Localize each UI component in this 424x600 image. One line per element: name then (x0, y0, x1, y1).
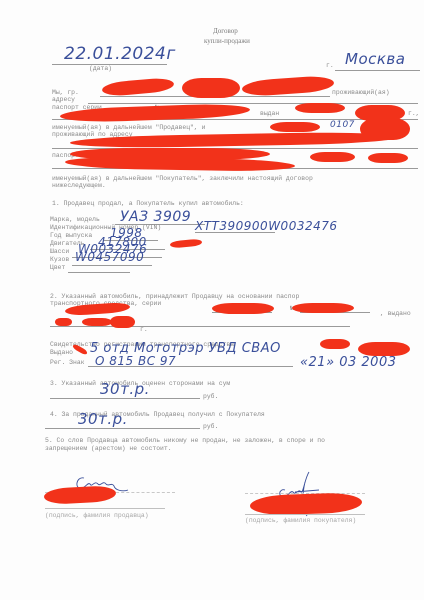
redaction (310, 152, 355, 162)
rule (72, 265, 152, 266)
rule (68, 272, 130, 273)
section2-line1: 2. Указанный автомобиль, принадлежит Про… (50, 293, 299, 300)
field-label-color: Цвет (50, 264, 65, 271)
parties-line7: именуемый(ая) в дальнейшем "Покупатель",… (52, 175, 313, 182)
rule (88, 103, 418, 104)
doc-subtitle: купли-продажи (204, 38, 250, 45)
rule (50, 398, 200, 399)
redaction (102, 77, 175, 97)
field-label-model: Марка, модель (50, 216, 100, 223)
redaction (170, 239, 202, 249)
parties-line3-end: г., (408, 110, 420, 117)
field-label-chassis: Шасси (50, 248, 69, 255)
rule (45, 428, 200, 429)
rule (195, 232, 275, 233)
seller-caption: (подпись, фамилия продавца) (45, 512, 149, 519)
section1-heading: 1. Продавец продал, а Покупатель купил а… (52, 200, 244, 207)
city-value: Москва (345, 50, 405, 68)
section3-amount: 30т.р. (100, 380, 150, 398)
contract-page: Договор купли-продажи 22.01.2024г (дата)… (0, 0, 424, 600)
parties-line8: нижеследующем. (52, 182, 106, 189)
doc-title: Договор (213, 28, 238, 35)
parties-line2: адресу (52, 96, 75, 103)
parties-line4: именуемый(ая) в дальнейшем "Продавец", и (52, 124, 205, 131)
parties-line4-hw: 0107 (330, 120, 355, 130)
date-value: 22.01.2024г (64, 44, 176, 64)
redaction (182, 78, 240, 98)
redaction (250, 492, 363, 516)
redaction (358, 342, 410, 356)
section2-line2-end: , выдано (380, 310, 411, 317)
field-label-vin: Идентификационный номер (VIN) (50, 224, 161, 231)
redaction (82, 318, 112, 326)
section4-amount: 30т.р. (78, 410, 128, 428)
date-caption: (дата) (89, 65, 112, 72)
section5-line2: запрещением (арестом) не состоит. (45, 445, 172, 452)
redaction (44, 485, 117, 505)
rule (245, 514, 365, 515)
redaction (110, 316, 135, 328)
redaction (295, 103, 345, 113)
issued-label: Выдано (50, 349, 73, 356)
section5-line1: 5. Со слов Продавца автомобиль никому не… (45, 437, 325, 444)
section4-currency: руб. (203, 423, 218, 430)
plate-label: Рег. Знак (50, 359, 85, 366)
redaction (320, 339, 350, 349)
redaction (368, 153, 408, 163)
plate-value: О 815 ВС 97 (95, 354, 176, 368)
section2-line3-end: г. (140, 326, 148, 333)
redaction (55, 318, 72, 326)
field-label-year: Год выпуска (50, 232, 92, 239)
redaction (292, 303, 354, 313)
field-value-body: W0457090 (75, 250, 144, 264)
redaction (212, 303, 274, 314)
field-label-body: Кузов (50, 256, 69, 263)
redaction (242, 75, 335, 97)
redaction (270, 122, 320, 132)
section3-currency: руб. (203, 393, 218, 400)
parties-line3-issued: выдан (260, 110, 279, 117)
parties-line1: Мы, гр. (52, 89, 79, 96)
city-prefix: г. (326, 62, 334, 69)
issued-date: «21» 03 2003 (300, 355, 396, 370)
parties-line1-end: проживающий(ая) (332, 89, 390, 96)
rule (50, 326, 350, 327)
field-value-model: УАЗ 3909 (120, 209, 191, 225)
rule (45, 508, 165, 509)
buyer-caption: (подпись, фамилия покупателя) (245, 517, 356, 524)
field-value-vin: ХТТ390900W0032476 (195, 219, 338, 233)
redaction (65, 156, 295, 172)
city-line (335, 70, 420, 71)
